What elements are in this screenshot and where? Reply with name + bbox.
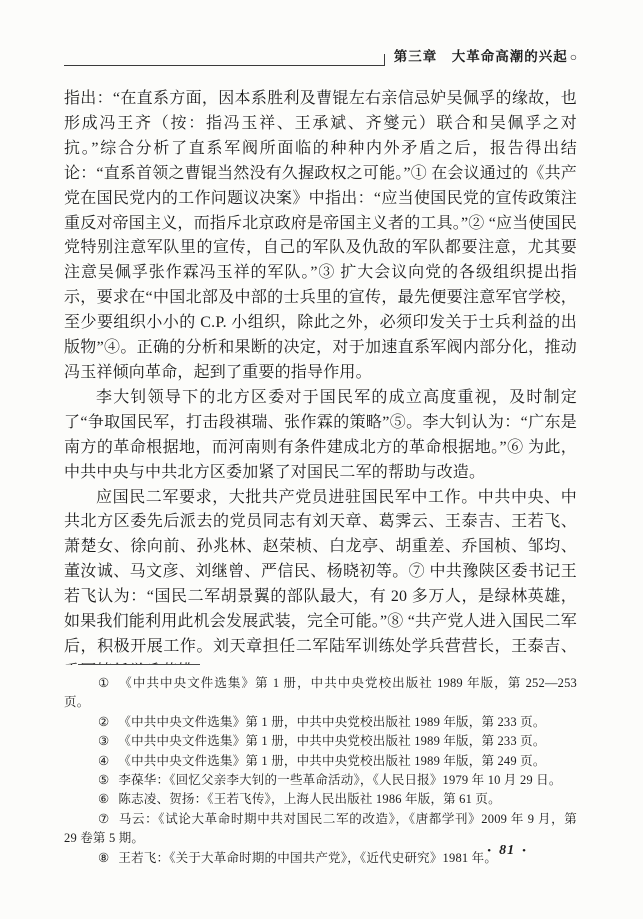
footnote-item: ⑤李葆华：《回忆父亲李大钊的一些革命活动》，《人民日报》1979 年 10 月 … (64, 771, 577, 790)
footnote-marker: ⑥ (98, 792, 109, 806)
footnote-marker: ③ (98, 734, 109, 748)
footnote-marker: ⑦ (98, 812, 110, 826)
footnote-text: 马云：《试论大革命时期中共对国民二军的改造》，《唐都学刊》2009 年 9 月，… (64, 812, 577, 845)
footnote-marker: ⑧ (98, 851, 109, 865)
footnote-text: 《中共中央文件选集》第 1 册，中共中央党校出版社 1989 年版，第 233 … (118, 715, 545, 729)
footnote-item: ④《中共中央文件选集》第 1 册，中共中央党校出版社 1989 年版，第 249… (64, 752, 577, 771)
paragraph: 应国民二军要求，大批共产党员进驻国民军中工作。中共中央、中共北方区委先后派去的党… (64, 486, 577, 666)
footnote-item: ⑥陈志凌、贺扬：《王若飞传》，上海人民出版社 1986 年版，第 61 页。 (64, 790, 577, 809)
footnote-marker: ① (98, 676, 110, 690)
chapter-ornament-icon: ○ (570, 49, 577, 66)
footnote-item: ③《中共中央文件选集》第 1 册，中共中央党校出版社 1989 年版，第 233… (64, 732, 577, 751)
page-number-left-dot: • (487, 845, 492, 857)
footnote-text: 《中共中央文件选集》第 1 册，中共中央党校出版社 1989 年版，第 252—… (64, 676, 577, 709)
footnote-text: 王若飞：《关于大革命时期的中国共产党》，《近代史研究》1981 年。 (118, 851, 497, 865)
page-number-right-dot: • (522, 845, 527, 857)
chapter-title: 第三章 大革命高潮的兴起 (394, 48, 568, 66)
body-text: 指出：“在直系方面，因本系胜利及曹锟左右亲信忌妒吴佩孚的缘故，也形成冯王齐（按：… (64, 87, 577, 665)
footnote-text: 《中共中央文件选集》第 1 册，中共中央党校出版社 1989 年版，第 249 … (118, 754, 545, 768)
footnote-marker: ⑤ (98, 773, 109, 787)
footnote-item: ①《中共中央文件选集》第 1 册，中共中央党校出版社 1989 年版，第 252… (64, 674, 577, 713)
book-page: 第三章 大革命高潮的兴起 ○ 指出：“在直系方面，因本系胜利及曹锟左右亲信忌妒吴… (0, 0, 643, 919)
page-number-value: 81 (499, 843, 515, 859)
footnotes-section: ①《中共中央文件选集》第 1 册，中共中央党校出版社 1989 年版，第 252… (64, 664, 577, 868)
header-rule-line (64, 54, 385, 66)
running-header: 第三章 大革命高潮的兴起 ○ (64, 48, 577, 66)
paragraph: 指出：“在直系方面，因本系胜利及曹锟左右亲信忌妒吴佩孚的缘故，也形成冯王齐（按：… (64, 87, 577, 386)
footnote-item: ②《中共中央文件选集》第 1 册，中共中央党校出版社 1989 年版，第 233… (64, 713, 577, 732)
page-number: • 81 • (487, 843, 527, 859)
footnote-marker: ④ (98, 754, 109, 768)
footnote-text: 《中共中央文件选集》第 1 册，中共中央党校出版社 1989 年版，第 233 … (118, 734, 545, 748)
footnote-text: 李葆华：《回忆父亲李大钊的一些革命活动》，《人民日报》1979 年 10 月 2… (118, 773, 561, 787)
paragraph: 李大钊领导下的北方区委对于国民军的成立高度重视，及时制定了“争取国民军，打击段祺… (64, 386, 577, 486)
footnote-marker: ② (98, 715, 109, 729)
footnote-separator-line (78, 664, 200, 665)
footnote-text: 陈志凌、贺扬：《王若飞传》，上海人民出版社 1986 年版，第 61 页。 (118, 792, 500, 806)
footnote-list: ①《中共中央文件选集》第 1 册，中共中央党校出版社 1989 年版，第 252… (64, 674, 577, 868)
